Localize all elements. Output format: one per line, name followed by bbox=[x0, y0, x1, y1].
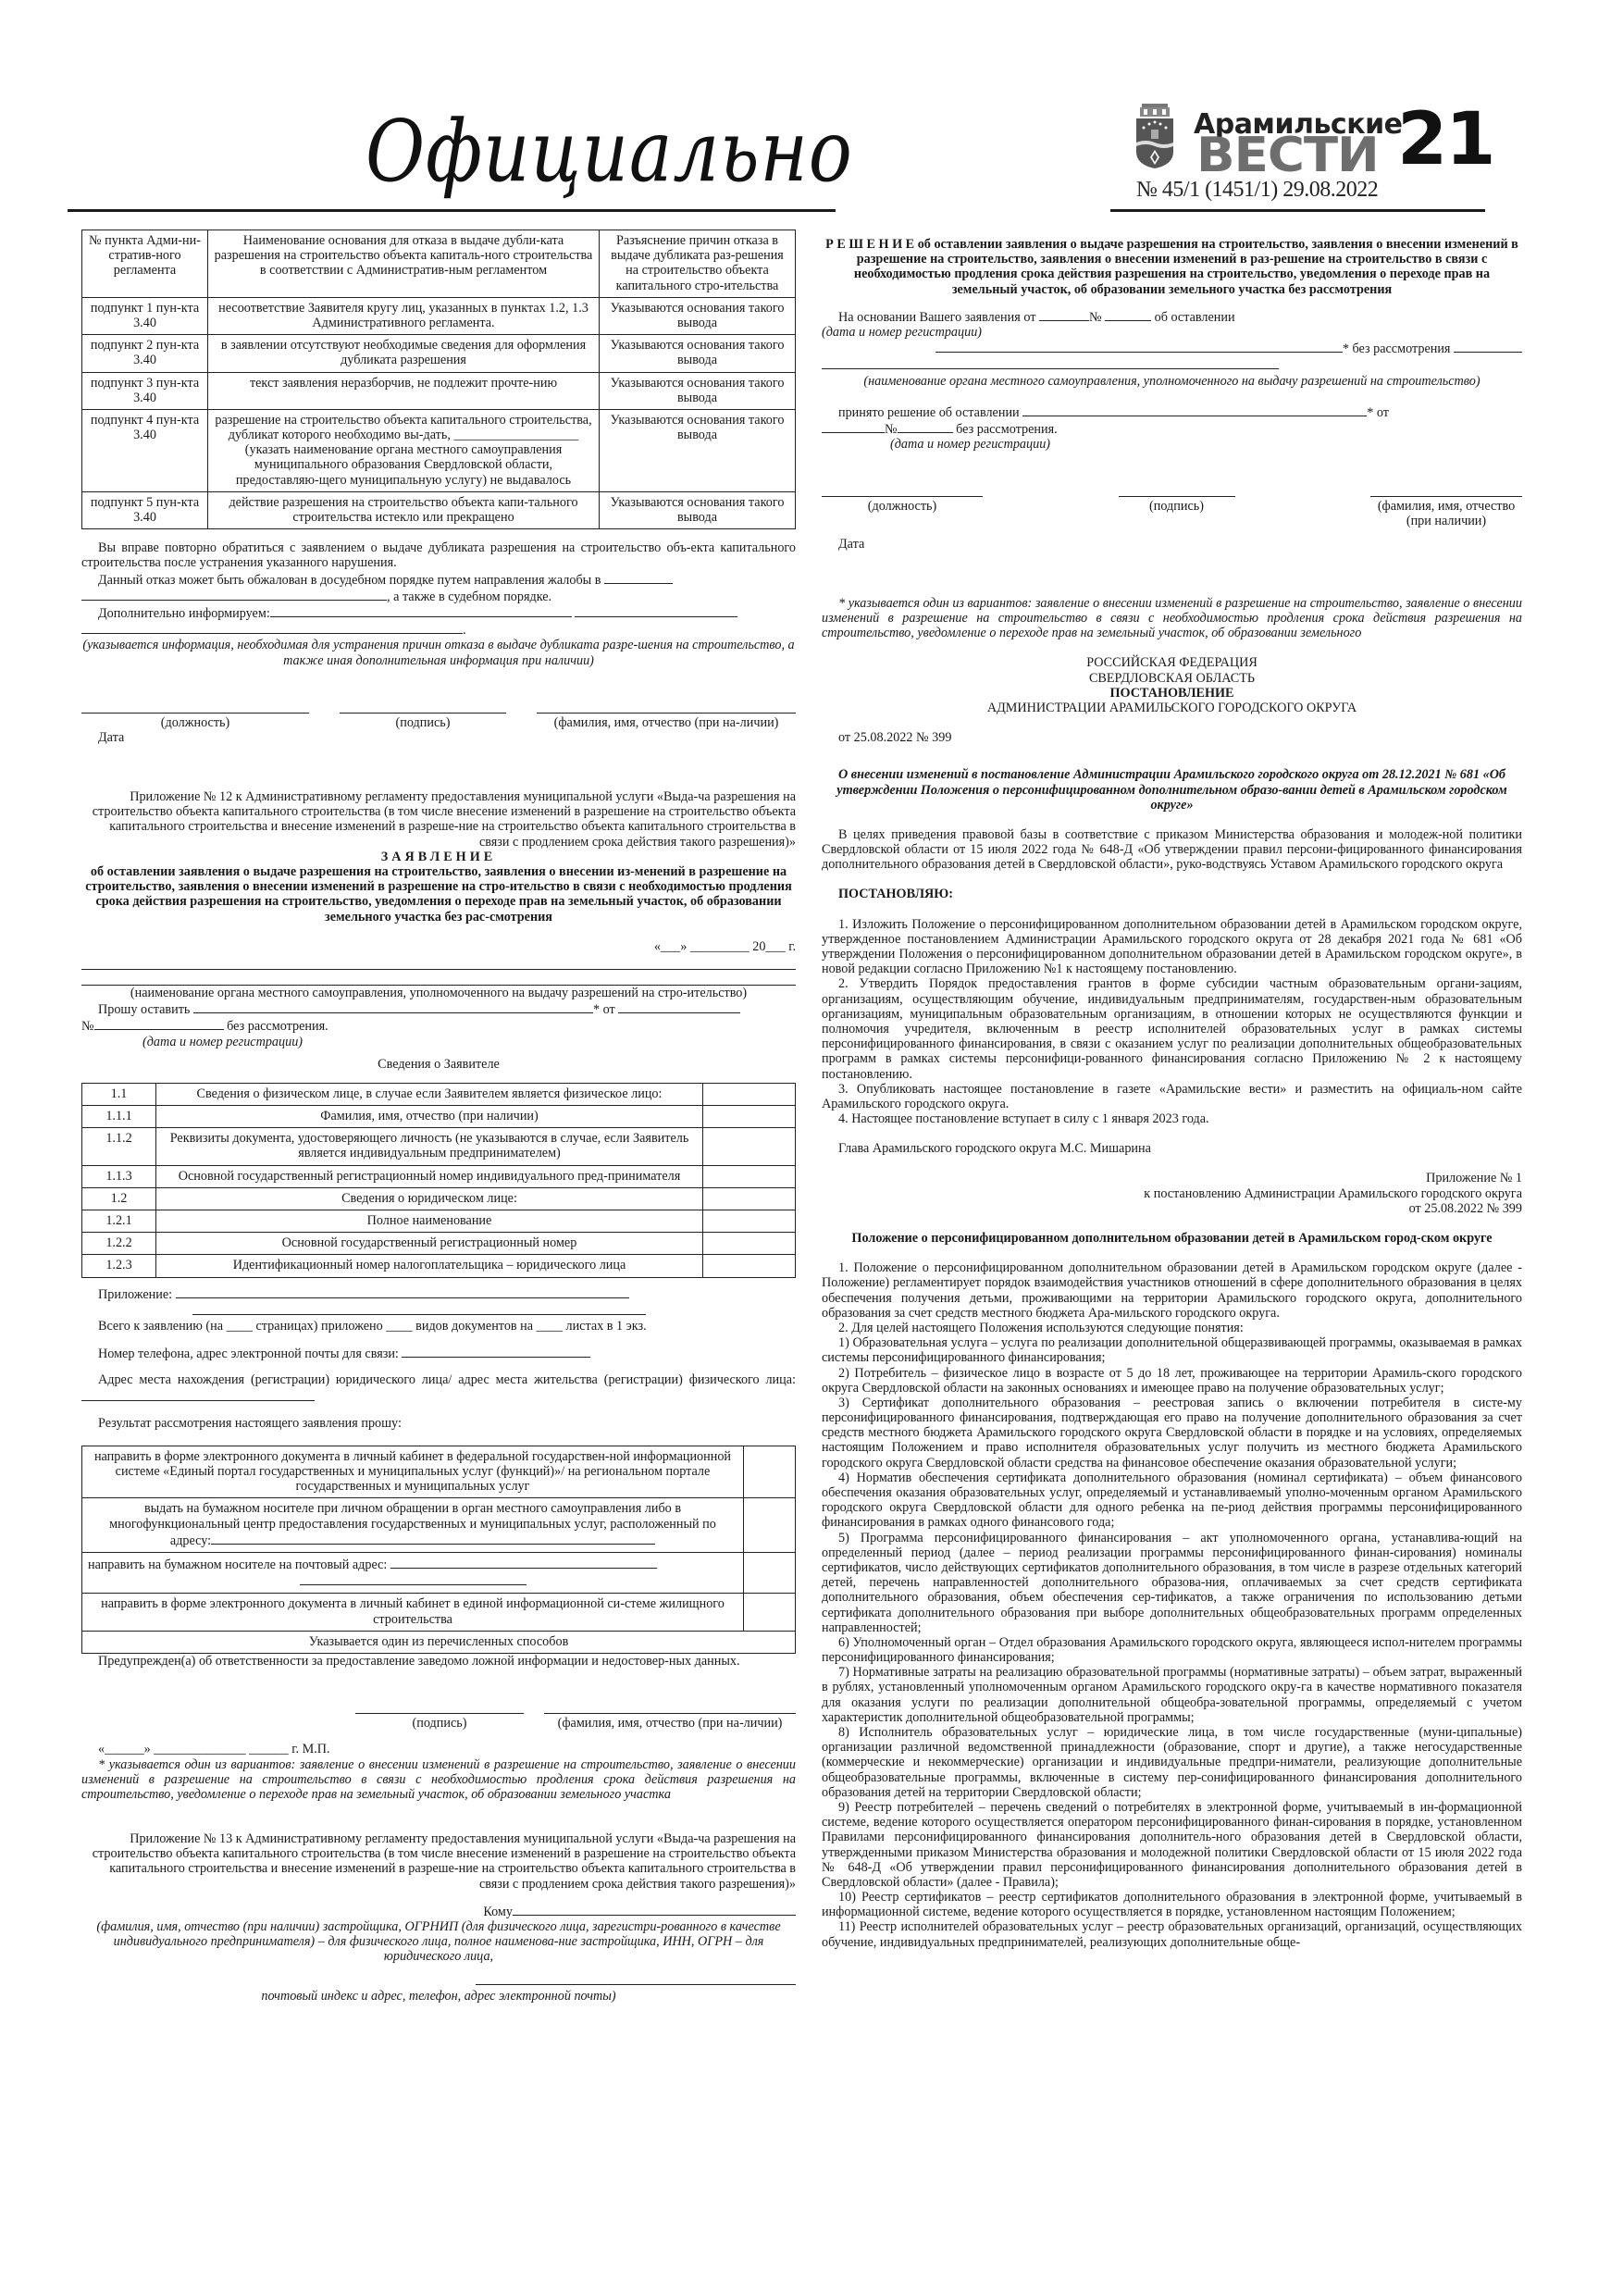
table-row: Указывается один из перечисленных способ… bbox=[82, 1631, 796, 1653]
table-cell: 1.1 bbox=[82, 1083, 156, 1105]
decision-footnote: * указывается один из вариантов: заявлен… bbox=[822, 596, 1522, 641]
phone-email-label: Номер телефона, адрес электронной почты … bbox=[98, 1347, 399, 1361]
gov-line-1: РОССИЙСКАЯ ФЕДЕРАЦИЯ bbox=[822, 655, 1522, 670]
inform-note: (указывается информация, необходимая для… bbox=[81, 638, 796, 667]
name-field[interactable]: (фамилия, имя, отчество (при на-личии) bbox=[537, 713, 796, 730]
regulation-title: Положение о персонифицированном дополнит… bbox=[822, 1231, 1522, 1246]
regulation-item: 2) Потребитель – физическое лицо в возра… bbox=[822, 1366, 1522, 1396]
table-cell: Сведения о юридическом лице: bbox=[156, 1187, 703, 1210]
resolve-heading: ПОСТАНОВЛЯЮ: bbox=[822, 887, 1522, 901]
basis-note: (дата и номер регистрации) bbox=[822, 325, 1522, 340]
table-row: 1.1.2Реквизиты документа, удостоверяющег… bbox=[82, 1128, 796, 1165]
table-header-row: № пункта Адми-ни-стратив-ного регламента… bbox=[82, 230, 796, 298]
regulation-item: 7) Нормативные затраты на реализацию обр… bbox=[822, 1665, 1522, 1725]
header-rule bbox=[68, 209, 836, 212]
request-from: * от bbox=[593, 1002, 615, 1017]
attachment-field[interactable] bbox=[176, 1285, 629, 1298]
input-cell[interactable] bbox=[703, 1165, 796, 1187]
option-text: направить на бумажном носителе на почтов… bbox=[88, 1558, 387, 1572]
basis-number-field[interactable] bbox=[1105, 308, 1151, 321]
table-cell: несоответствие Заявителя кругу лиц, указ… bbox=[208, 297, 600, 334]
table-cell: направить в форме электронного документа… bbox=[82, 1594, 744, 1631]
blank-field[interactable] bbox=[270, 604, 572, 617]
decision-signature-block: (должность) (подпись) (фамилия, имя, отч… bbox=[822, 496, 1522, 528]
table-cell: Идентификационный номер налогоплательщик… bbox=[156, 1255, 703, 1277]
input-cell[interactable] bbox=[703, 1255, 796, 1277]
accepted-number-line: № без рассмотрения. bbox=[822, 420, 1522, 437]
regulation-item: 9) Реестр потребителей – перечень сведен… bbox=[822, 1800, 1522, 1890]
table-cell: 1.2.2 bbox=[82, 1233, 156, 1255]
right-column: Р Е Ш Е Н И Е об оставлении заявления о … bbox=[822, 230, 1522, 1950]
appeal-text: Данный отказ может быть обжалован в досу… bbox=[81, 571, 796, 604]
authority-field[interactable] bbox=[822, 356, 1279, 369]
request-field[interactable] bbox=[193, 1000, 593, 1013]
regulation-item: 8) Исполнитель образовательных услуг – ю… bbox=[822, 1725, 1522, 1800]
to-line-2 bbox=[81, 1972, 796, 1989]
decree-item: 1. Изложить Положение о персонифицирован… bbox=[822, 917, 1522, 977]
table-cell: подпункт 4 пун-кта 3.40 bbox=[82, 409, 208, 491]
page-header: Официально Арамильские ВЕСТИ № 45/1 (145… bbox=[0, 0, 1623, 222]
date-label: Дата bbox=[822, 537, 1522, 552]
blank-field[interactable] bbox=[300, 1572, 527, 1585]
accepted-from: * от bbox=[1367, 405, 1389, 420]
accepted-field[interactable] bbox=[1022, 403, 1367, 416]
inform-continuation: . bbox=[81, 621, 796, 638]
accepted-label: принято решение об оставлении bbox=[838, 405, 1020, 420]
name-field[interactable]: (фамилия, имя, отчество (при наличии) bbox=[1370, 496, 1522, 528]
table-header-cell: № пункта Адми-ни-стратив-ного регламента bbox=[82, 230, 208, 298]
table-header-cell: Разъяснение причин отказа в выдаче дубли… bbox=[600, 230, 796, 298]
table-cell: Сведения о физическом лице, в случае есл… bbox=[156, 1083, 703, 1105]
input-cell[interactable] bbox=[703, 1083, 796, 1105]
table-cell: выдать на бумажном носителе при личном о… bbox=[82, 1498, 744, 1553]
table-cell: Указываются основания такого вывода bbox=[600, 409, 796, 491]
blank-field[interactable] bbox=[604, 571, 673, 584]
basis-continuation: * без рассмотрения bbox=[822, 340, 1522, 356]
table-cell: 1.2 bbox=[82, 1187, 156, 1210]
attachment-label: Приложение: bbox=[98, 1287, 172, 1302]
regulation-item: 11) Реестр исполнителей образовательных … bbox=[822, 1919, 1522, 1949]
decree-item: 2. Утвердить Порядок предоставления гран… bbox=[822, 976, 1522, 1081]
table-cell: действие разрешения на строительство объ… bbox=[208, 491, 600, 528]
regulation-item: 1. Положение о персонифицированном допол… bbox=[822, 1260, 1522, 1321]
applicant-heading: Сведения о Заявителе bbox=[81, 1057, 796, 1072]
table-row: подпункт 5 пун-кта 3.40действие разрешен… bbox=[82, 491, 796, 528]
date-label: Дата bbox=[81, 730, 796, 745]
blank-field[interactable] bbox=[935, 340, 1343, 353]
blank-field[interactable] bbox=[390, 1556, 657, 1569]
table-row: подпункт 4 пун-кта 3.40разрешение на стр… bbox=[82, 409, 796, 491]
header-rule-right bbox=[1110, 209, 1485, 212]
to-line: Кому bbox=[81, 1903, 796, 1919]
name-field[interactable]: (фамилия, имя, отчество (при на-личии) bbox=[544, 1713, 796, 1731]
table-cell: разрешение на строительство объекта капи… bbox=[208, 409, 600, 491]
table-row: подпункт 3 пун-кта 3.40текст заявления н… bbox=[82, 372, 796, 409]
number-sign: № bbox=[1089, 310, 1102, 325]
refusal-reasons-table: № пункта Адми-ни-стратив-ного регламента… bbox=[81, 230, 796, 529]
table-cell: 1.1.3 bbox=[82, 1165, 156, 1187]
accepted-suffix: без рассмотрения. bbox=[956, 422, 1058, 437]
input-cell[interactable] bbox=[703, 1128, 796, 1165]
table-cell: текст заявления неразборчив, не подлежит… bbox=[208, 372, 600, 409]
inform-label: Дополнительно информируем: bbox=[98, 606, 270, 621]
checkbox-cell[interactable] bbox=[744, 1498, 796, 1553]
regulation-item: 6) Уполномоченный орган – Отдел образова… bbox=[822, 1635, 1522, 1665]
checkbox-cell[interactable] bbox=[744, 1594, 796, 1631]
regulation-item: 3) Сертификат дополнительного образовани… bbox=[822, 1396, 1522, 1471]
attachment-line-2 bbox=[81, 1302, 796, 1319]
table-row: направить в форме электронного документа… bbox=[82, 1446, 796, 1498]
input-cell[interactable] bbox=[703, 1233, 796, 1255]
request-suffix: без рассмотрения. bbox=[227, 1019, 328, 1034]
blank-field[interactable] bbox=[1454, 340, 1522, 353]
section-title: Официально bbox=[365, 104, 853, 201]
table-row: направить в форме электронного документа… bbox=[82, 1594, 796, 1631]
decision-lead: Р Е Ш Е Н И Е bbox=[825, 237, 914, 252]
table-cell: Указываются основания такого вывода bbox=[600, 491, 796, 528]
appendix-line-2: к постановлению Администрации Арамильско… bbox=[822, 1186, 1522, 1201]
basis-no-review: * без рассмотрения bbox=[1343, 341, 1451, 356]
table-cell: Основной государственный регистрационный… bbox=[156, 1233, 703, 1255]
table-cell: 1.1.2 bbox=[82, 1128, 156, 1165]
table-cell: Фамилия, имя, отчество (при наличии) bbox=[156, 1106, 703, 1128]
request-text: Прошу оставить * от bbox=[81, 1000, 796, 1017]
table-row: выдать на бумажном носителе при личном о… bbox=[82, 1498, 796, 1553]
decree-date: от 25.08.2022 № 399 bbox=[822, 730, 1522, 745]
request-label: Прошу оставить bbox=[98, 1002, 190, 1017]
blank-field[interactable] bbox=[575, 604, 737, 617]
table-cell: Указываются основания такого вывода bbox=[600, 372, 796, 409]
to-note: (фамилия, имя, отчество (при наличии) за… bbox=[81, 1919, 796, 1965]
decree-title: О внесении изменений в постановление Адм… bbox=[822, 767, 1522, 813]
address-field[interactable] bbox=[81, 1388, 315, 1401]
phone-email-field[interactable] bbox=[402, 1345, 590, 1358]
basis-line: На основании Вашего заявления от № об ос… bbox=[822, 308, 1522, 325]
date-stamp-line[interactable]: «______» ______________ ______ г. М.П. bbox=[81, 1742, 796, 1756]
appendix-line-1: Приложение № 1 bbox=[822, 1171, 1522, 1185]
signature-field[interactable]: (подпись) bbox=[1119, 496, 1235, 528]
table-cell: направить в форме электронного документа… bbox=[82, 1446, 744, 1498]
request-number-field[interactable] bbox=[94, 1017, 224, 1030]
city-coat-of-arms-icon bbox=[1134, 104, 1175, 170]
attachment-line: Приложение: bbox=[81, 1285, 796, 1302]
request-note: (дата и номер регистрации) bbox=[81, 1035, 796, 1049]
checkbox-cell[interactable] bbox=[744, 1553, 796, 1594]
decree-item: 3. Опубликовать настоящее постановление … bbox=[822, 1082, 1522, 1111]
to-label: Кому bbox=[483, 1905, 513, 1919]
accepted-number-field[interactable] bbox=[898, 420, 953, 433]
regulation-item: 4) Норматив обеспечения сертификата допо… bbox=[822, 1471, 1522, 1531]
authority-note: (наименование органа местного самоуправл… bbox=[81, 986, 796, 1000]
left-column: № пункта Адми-ни-стратив-ного регламента… bbox=[81, 230, 796, 2004]
to-field-2[interactable] bbox=[476, 1972, 796, 1985]
newspaper-name-main: ВЕСТИ bbox=[1196, 131, 1379, 180]
input-cell[interactable] bbox=[703, 1187, 796, 1210]
basis-suffix: об оставлении bbox=[1155, 310, 1235, 325]
table-footer: Указывается один из перечисленных способ… bbox=[82, 1631, 796, 1653]
table-cell: направить на бумажном носителе на почтов… bbox=[82, 1553, 744, 1594]
table-cell: 1.2.3 bbox=[82, 1255, 156, 1277]
phone-email-line: Номер телефона, адрес электронной почты … bbox=[81, 1345, 796, 1361]
decree-preamble: В целях приведения правовой базы в соотв… bbox=[822, 827, 1522, 873]
to-field[interactable] bbox=[513, 1903, 796, 1916]
gov-line-2: СВЕРДЛОВСКАЯ ОБЛАСТЬ bbox=[822, 671, 1522, 686]
footnote: * указывается один из вариантов: заявлен… bbox=[81, 1757, 796, 1803]
table-row: подпункт 1 пун-кта 3.40несоответствие За… bbox=[82, 297, 796, 334]
page-number: 21 bbox=[1397, 104, 1494, 176]
table-cell: Основной государственный регистрационный… bbox=[156, 1165, 703, 1187]
signature-field[interactable]: (подпись) bbox=[340, 713, 506, 730]
table-cell: 1.1.1 bbox=[82, 1106, 156, 1128]
appendix-12-caption: Приложение № 12 к Административному регл… bbox=[81, 789, 796, 850]
input-cell[interactable] bbox=[703, 1106, 796, 1128]
table-row: 1.1.3Основной государственный регистраци… bbox=[82, 1165, 796, 1187]
table-row: подпункт 2 пун-кта 3.40в заявлении отсут… bbox=[82, 335, 796, 372]
statement-subtitle: об оставлении заявления о выдаче разреше… bbox=[81, 864, 796, 925]
signature-block: (должность) (подпись) (фамилия, имя, отч… bbox=[81, 713, 796, 730]
decision-heading: Р Е Ш Е Н И Е об оставлении заявления о … bbox=[822, 237, 1522, 297]
table-row: 1.2.2Основной государственный регистраци… bbox=[82, 1233, 796, 1255]
table-header-cell: Наименование основания для отказа в выда… bbox=[208, 230, 600, 298]
table-cell: подпункт 5 пун-кта 3.40 bbox=[82, 491, 208, 528]
head-signature: Глава Арамильского городского округа М.С… bbox=[822, 1141, 1522, 1156]
regulation-item: 10) Реестр сертификатов – реестр сертифи… bbox=[822, 1890, 1522, 1919]
appendix-line-3: от 25.08.2022 № 399 bbox=[822, 1201, 1522, 1216]
regulation-item: 5) Программа персонифицированного финанс… bbox=[822, 1531, 1522, 1635]
table-cell: подпункт 1 пун-кта 3.40 bbox=[82, 297, 208, 334]
applicant-info-table: 1.1Сведения о физическом лице, в случае … bbox=[81, 1083, 796, 1278]
table-row: 1.1.1Фамилия, имя, отчество (при наличии… bbox=[82, 1106, 796, 1128]
table-cell: 1.2.1 bbox=[82, 1210, 156, 1233]
request-date-field[interactable] bbox=[618, 1000, 740, 1013]
blank-field[interactable] bbox=[81, 621, 463, 634]
table-cell: Реквизиты документа, удостоверяющего лич… bbox=[156, 1128, 703, 1165]
table-cell: подпункт 3 пун-кта 3.40 bbox=[82, 372, 208, 409]
table-cell: в заявлении отсутствуют необходимые свед… bbox=[208, 335, 600, 372]
regulation-item: 2. Для целей настоящего Положения исполь… bbox=[822, 1321, 1522, 1335]
to-note-2: почтовый индекс и адрес, телефон, адрес … bbox=[81, 1989, 796, 2004]
warning-text: Предупрежден(а) об ответственности за пр… bbox=[81, 1654, 796, 1669]
table-cell: Полное наименование bbox=[156, 1210, 703, 1233]
table-row: направить на бумажном носителе на почтов… bbox=[82, 1553, 796, 1594]
table-cell: Указываются основания такого вывода bbox=[600, 335, 796, 372]
decree-item: 4. Настоящее постановление вступает в си… bbox=[822, 1111, 1522, 1126]
blank-field[interactable] bbox=[81, 588, 387, 601]
attachment-field-2[interactable] bbox=[192, 1302, 646, 1315]
issue-number: № 45/1 (1451/1) 29.08.2022 bbox=[1136, 178, 1378, 203]
table-row: 1.2.1Полное наименование bbox=[82, 1210, 796, 1233]
total-attached: Всего к заявлению (на ____ страницах) пр… bbox=[81, 1319, 796, 1334]
number-sign: № bbox=[885, 422, 898, 437]
gov-line-3: ПОСТАНОВЛЕНИЕ bbox=[822, 686, 1522, 701]
signature-field[interactable]: (подпись) bbox=[355, 1713, 524, 1731]
address-line: Адрес места нахождения (регистрации) юри… bbox=[81, 1372, 796, 1404]
blank-field[interactable] bbox=[211, 1532, 655, 1545]
appeal-text-a: Данный отказ может быть обжалован в досу… bbox=[98, 573, 601, 588]
result-request: Результат рассмотрения настоящего заявле… bbox=[81, 1416, 796, 1431]
appendix-13-caption: Приложение № 13 к Административному регл… bbox=[81, 1831, 796, 1892]
position-field[interactable]: (должность) bbox=[81, 713, 309, 730]
appeal-text-b: , а также в судебном порядке. bbox=[387, 590, 551, 604]
checkbox-cell[interactable] bbox=[744, 1446, 796, 1498]
reapply-text: Вы вправе повторно обратиться с заявлени… bbox=[81, 540, 796, 570]
table-cell: Указываются основания такого вывода bbox=[600, 297, 796, 334]
accepted-date-field[interactable] bbox=[822, 420, 885, 433]
statement-date-line[interactable]: «___» _________ 20___ г. bbox=[81, 939, 796, 954]
result-method-table: направить в форме электронного документа… bbox=[81, 1446, 796, 1654]
accepted-line: принято решение об оставлении * от bbox=[822, 403, 1522, 420]
table-row: 1.2Сведения о юридическом лице: bbox=[82, 1187, 796, 1210]
regulation-item: 1) Образовательная услуга – услуга по ре… bbox=[822, 1335, 1522, 1365]
number-sign: № bbox=[81, 1019, 94, 1034]
authority-line bbox=[822, 356, 1522, 373]
basis-label: На основании Вашего заявления от bbox=[838, 310, 1035, 325]
gov-line-4: АДМИНИСТРАЦИИ АРАМИЛЬСКОГО ГОРОДСКОГО ОК… bbox=[822, 701, 1522, 715]
address-label: Адрес места нахождения (регистрации) юри… bbox=[98, 1372, 796, 1387]
position-field[interactable]: (должность) bbox=[822, 496, 983, 528]
signature-block-2: (подпись) (фамилия, имя, отчество (при н… bbox=[81, 1713, 796, 1731]
authority-note: (наименование органа местного самоуправл… bbox=[822, 374, 1522, 389]
statement-title: ЗАЯВЛЕНИЕ bbox=[81, 850, 796, 864]
input-cell[interactable] bbox=[703, 1210, 796, 1233]
table-row: 1.1Сведения о физическом лице, в случае … bbox=[82, 1083, 796, 1105]
request-number-line: № без рассмотрения. bbox=[81, 1017, 796, 1034]
table-cell: подпункт 2 пун-кта 3.40 bbox=[82, 335, 208, 372]
decision-title: об оставлении заявления о выдаче разреше… bbox=[854, 237, 1518, 297]
table-row: 1.2.3Идентификационный номер налогоплате… bbox=[82, 1255, 796, 1277]
accepted-note: (дата и номер регистрации) bbox=[822, 437, 1522, 452]
inform-text: Дополнительно информируем: bbox=[81, 604, 796, 621]
basis-date-field[interactable] bbox=[1039, 308, 1089, 321]
